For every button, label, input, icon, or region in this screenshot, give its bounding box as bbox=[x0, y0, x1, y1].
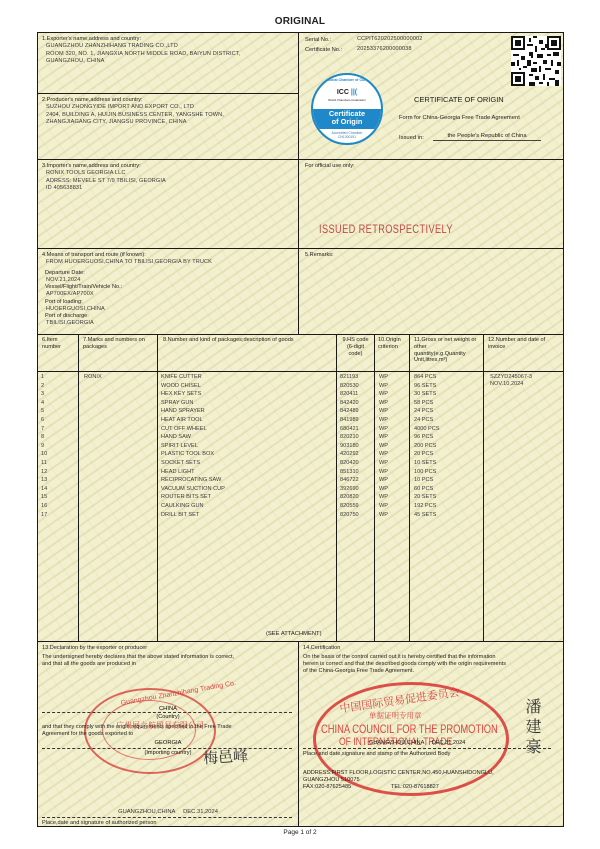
serial-value: CCPIT620202500000002 bbox=[357, 36, 422, 44]
goods-row-quantity: 4000 PCS bbox=[414, 425, 440, 434]
exporter-line-1: GUANGZHOU ZHANZHIHANG TRADING CO.,LTD bbox=[42, 43, 294, 51]
certificate-form: 1.Exporter's name,address and country: G… bbox=[37, 32, 564, 827]
header-description: 8.Number and kind of packages;descriptio… bbox=[163, 337, 331, 344]
certification-footer: Place and date,signature and stamp of th… bbox=[303, 751, 450, 758]
goods-row-hs: 820411 bbox=[340, 390, 359, 399]
declaration-country: CHINA bbox=[38, 706, 298, 712]
certificate-no-label: Certificate No.: bbox=[305, 47, 342, 54]
goods-row-origin: WP bbox=[379, 485, 388, 494]
transport-label: 4.Means of transport and route (if known… bbox=[42, 252, 294, 259]
goods-row-quantity: 100 PCS bbox=[414, 468, 440, 477]
importer-box: 3.Importer's name,address and country: R… bbox=[38, 159, 298, 248]
header-hs-code: 9.HS code (6-digit code) bbox=[340, 337, 371, 357]
goods-row-hs: 820820 bbox=[340, 493, 359, 502]
declaration-label: 13.Declaration by the exporter or produc… bbox=[42, 645, 294, 652]
goods-row-description: DRILL BIT SET bbox=[161, 511, 225, 520]
goods-row-item: 16 bbox=[41, 502, 47, 511]
loading-value: HUOERGUOSI,CHINA bbox=[42, 306, 294, 314]
header-item-number: 6.Item number bbox=[42, 337, 72, 351]
goods-row-quantity: 58 PCS bbox=[414, 399, 440, 408]
loading-label: Port of loading: bbox=[42, 299, 294, 306]
exporter-signature: 梅邑峰 bbox=[202, 744, 248, 768]
goods-row-description: CAULKING GUN bbox=[161, 502, 225, 511]
marks-value: RONIX bbox=[84, 373, 102, 382]
goods-row-origin: WP bbox=[379, 511, 388, 520]
issued-in-label: Issued in: bbox=[399, 135, 424, 141]
discharge-label: Port of discharge: bbox=[42, 313, 294, 320]
certifier-signature: 潘建豪 bbox=[521, 698, 544, 758]
icc-sub-text: World Chambers Federation bbox=[313, 98, 381, 102]
certification-label: 14.Certification bbox=[303, 645, 561, 652]
goods-row-hs: 820420 bbox=[340, 459, 359, 468]
declaration-place-date: GUANGZHOU,CHINA DEC.31,2024 bbox=[38, 809, 298, 815]
goods-row-item: 8 bbox=[41, 433, 47, 442]
goods-row-hs: 851310 bbox=[340, 468, 359, 477]
goods-col-quantity: 11.Gross or net weight or other quantity… bbox=[409, 334, 483, 641]
declaration-box: 13.Declaration by the exporter or produc… bbox=[38, 641, 298, 827]
icc-ring-text: International Chamber of Commerce bbox=[313, 78, 381, 82]
certification-box: 14.Certification On the basis of the con… bbox=[298, 641, 564, 827]
goods-row-description: HAND SAW bbox=[161, 433, 225, 442]
header-origin: 10.Origin criterion bbox=[378, 337, 406, 351]
producer-label: 2.Producer's name,address and country: bbox=[42, 97, 294, 104]
certification-fax: FAX:020-87625485 bbox=[303, 784, 351, 791]
goods-row-origin: WP bbox=[379, 382, 388, 391]
goods-row-hs: 820210 bbox=[340, 433, 359, 442]
certification-place-date: GUANGZHOU,CHINA DEC.31,2024 bbox=[369, 740, 465, 746]
goods-row-quantity: 60 PCS bbox=[414, 485, 440, 494]
declaration-signature-line bbox=[42, 817, 292, 818]
declaration-text-1: The undersigned hereby declares that the… bbox=[42, 654, 294, 661]
importing-country: GEORGIA bbox=[38, 740, 298, 746]
page-indicator: Page 1 of 2 bbox=[0, 829, 600, 836]
goods-col-invoice: 12.Number and date of invoice SZZYD24506… bbox=[483, 334, 564, 641]
discharge-value: TBILISI,GEORGIA bbox=[42, 320, 294, 328]
issued-in-value: the People's Republic of China bbox=[433, 133, 541, 141]
goods-row-hs: 846722 bbox=[340, 476, 359, 485]
goods-row-origin: WP bbox=[379, 442, 388, 451]
icc-certificate-badge: International Chamber of Commerce ICC ||… bbox=[311, 73, 383, 145]
departure-label: Departure Date: bbox=[42, 270, 294, 277]
goods-row-description: SPRAY GUN bbox=[161, 399, 225, 408]
goods-row-description: HAND SPRAYER bbox=[161, 407, 225, 416]
goods-row-hs: 392690 bbox=[340, 485, 359, 494]
exporter-line-3: GUANGZHOU, CHINA bbox=[42, 58, 294, 66]
goods-col-origin: 10.Origin criterion WPWPWPWPWPWPWPWPWPWP… bbox=[374, 334, 409, 641]
goods-row-hs: 841989 bbox=[340, 416, 359, 425]
goods-row-description: HEX KEY SETS bbox=[161, 390, 225, 399]
goods-row-origin: WP bbox=[379, 390, 388, 399]
goods-row-hs: 820559 bbox=[340, 502, 359, 511]
goods-col-description: 8.Number and kind of packages;descriptio… bbox=[157, 334, 336, 641]
certificate-no-value: 20253376200000038 bbox=[357, 46, 412, 54]
producer-line-2: 2404, BUILDING A, HUIJIN BUSINESS CENTER… bbox=[42, 112, 294, 120]
goods-row-hs: 903180 bbox=[340, 442, 359, 451]
goods-row-description: HEAT AIR TOOL bbox=[161, 416, 225, 425]
goods-col-item: 6.Item number 1234567891011121314151617 bbox=[38, 334, 78, 641]
certificate-title: CERTIFICATE OF ORIGIN bbox=[414, 95, 504, 104]
goods-row-quantity: 20 PCS bbox=[414, 450, 440, 459]
goods-row-quantity: 20 SETS bbox=[414, 493, 440, 502]
country-caption: (Country) bbox=[38, 714, 298, 720]
goods-row-quantity: 10 PCS bbox=[414, 476, 440, 485]
goods-row-hs: 680421 bbox=[340, 425, 359, 434]
goods-row-item: 11 bbox=[41, 459, 47, 468]
vessel-value: AP700EX/AP700X bbox=[42, 291, 294, 299]
goods-row-description: SPIRIT LEVEL bbox=[161, 442, 225, 451]
goods-row-origin: WP bbox=[379, 450, 388, 459]
invoice-date: NOV.10,2024 bbox=[490, 380, 523, 389]
qr-code-icon bbox=[511, 36, 561, 86]
certification-text-2: herein is correct and that the described… bbox=[303, 661, 561, 668]
goods-col-hs: 9.HS code (6-digit code) 821193820530820… bbox=[336, 334, 374, 641]
goods-row-item: 1 bbox=[41, 373, 47, 382]
goods-row-quantity: 200 PCS bbox=[414, 442, 440, 451]
exporter-line-2: ROOM 320, NO. 1, JIANGXIA NORTH MIDDLE R… bbox=[42, 51, 294, 59]
departure-value: NOV.21,2024 bbox=[42, 277, 294, 285]
goods-row-item: 3 bbox=[41, 390, 47, 399]
remarks-label: 5.Remarks: bbox=[305, 252, 559, 259]
goods-row-origin: WP bbox=[379, 433, 388, 442]
importing-country-caption: (Importing country) bbox=[38, 750, 298, 756]
exporter-box: 1.Exporter's name,address and country: G… bbox=[38, 33, 298, 93]
goods-row-description: SOCKET SETS bbox=[161, 459, 225, 468]
goods-row-item: 13 bbox=[41, 476, 47, 485]
remarks-box: 5.Remarks: bbox=[298, 248, 564, 334]
certification-text-1: On the basis of the control carried out,… bbox=[303, 654, 561, 661]
header-quantity: 11.Gross or net weight or other quantity… bbox=[414, 337, 479, 364]
importer-line-1: RONIX TOOLS GEORGIA LLC bbox=[42, 170, 294, 178]
goods-row-item: 15 bbox=[41, 493, 47, 502]
importer-label: 3.Importer's name,address and country: bbox=[42, 163, 294, 170]
declaration-footer: Place,date and signature of authorized p… bbox=[42, 820, 156, 827]
goods-row-description: VACUUM SUCTION CUP bbox=[161, 485, 225, 494]
goods-row-hs: 842420 bbox=[340, 399, 359, 408]
country-dotted-line bbox=[42, 712, 292, 713]
vessel-label: Vessel/Flight/Train/Vehicle No.: bbox=[42, 284, 294, 291]
goods-row-origin: WP bbox=[379, 425, 388, 434]
header-marks: 7.Marks and numbers on packages bbox=[83, 337, 149, 351]
goods-row-quantity: 864 PCS bbox=[414, 373, 440, 382]
certification-signature-line bbox=[303, 748, 551, 749]
goods-col-marks: 7.Marks and numbers on packages RONIX bbox=[78, 334, 157, 641]
certification-tel: TEL:020-87618827 bbox=[391, 784, 439, 791]
goods-row-quantity: 10 SETS bbox=[414, 459, 440, 468]
goods-row-item: 12 bbox=[41, 468, 47, 477]
goods-row-origin: WP bbox=[379, 373, 388, 382]
goods-row-item: 14 bbox=[41, 485, 47, 494]
ccpit-stamp-cn-2: 单据证明专用章 bbox=[369, 710, 422, 721]
importer-line-3: ID 405638831 bbox=[42, 185, 294, 193]
declaration-text-3: and that they comply with the origin req… bbox=[42, 724, 232, 731]
producer-line-3: ZHANGJIAGANG CITY, JIANGSU PROVINCE, CHI… bbox=[42, 119, 294, 127]
goods-row-quantity: 45 SETS bbox=[414, 511, 440, 520]
see-attachment-note: (SEE ATTACHMENT) bbox=[266, 631, 322, 637]
ccpit-stamp-en-1: CHINA COUNCIL FOR THE PROMOTION bbox=[321, 722, 498, 736]
declaration-text-2: and that all the goods are produced in bbox=[42, 661, 294, 668]
goods-row-quantity: 24 PCS bbox=[414, 416, 440, 425]
goods-row-item: 9 bbox=[41, 442, 47, 451]
goods-row-quantity: 96 PCS bbox=[414, 433, 440, 442]
official-use-box: For official use only: ISSUED RETROSPECT… bbox=[298, 159, 564, 248]
goods-row-origin: WP bbox=[379, 493, 388, 502]
goods-row-origin: WP bbox=[379, 459, 388, 468]
certification-text-3: of the China-Georgia Free Trade Agreemen… bbox=[303, 668, 561, 675]
icc-acronym: ICC ||( bbox=[313, 89, 381, 96]
icc-accredited: Accredited Chamber CN1300151 bbox=[313, 131, 381, 139]
document-title: ORIGINAL bbox=[0, 16, 600, 27]
goods-row-origin: WP bbox=[379, 502, 388, 511]
serial-label: Serial No.: bbox=[305, 37, 331, 44]
official-use-label: For official use only: bbox=[305, 163, 559, 170]
goods-row-origin: WP bbox=[379, 407, 388, 416]
goods-row-hs: 821193 bbox=[340, 373, 359, 382]
importer-line-2: ADRESS: MEVELE ST 7/9 TBILISI, GEORGIA bbox=[42, 178, 294, 186]
goods-row-origin: WP bbox=[379, 416, 388, 425]
goods-row-origin: WP bbox=[379, 476, 388, 485]
goods-row-quantity: 24 PCS bbox=[414, 407, 440, 416]
goods-row-item: 5 bbox=[41, 407, 47, 416]
goods-row-item: 2 bbox=[41, 382, 47, 391]
declaration-text-4: Agreement for the goods exported to bbox=[42, 731, 133, 738]
goods-row-description: KNIFE CUTTER bbox=[161, 373, 225, 382]
producer-line-1: SUZHOU ZHONGYIDE IMPORT AND EXPORT CO., … bbox=[42, 104, 294, 112]
form-for-text: Form for China-Georgia Free Trade Agreem… bbox=[399, 115, 520, 121]
goods-row-item: 17 bbox=[41, 511, 47, 520]
importing-country-dotted-line bbox=[42, 748, 292, 749]
goods-row-item: 4 bbox=[41, 399, 47, 408]
goods-row-quantity: 30 SETS bbox=[414, 390, 440, 399]
goods-row-description: WOOD CHISEL bbox=[161, 382, 225, 391]
goods-row-description: CUT OFF WHEEL bbox=[161, 425, 225, 434]
transport-route: FROM HUOERGUOSI,CHINA TO TBILISI,GEORGIA… bbox=[42, 259, 294, 267]
goods-row-item: 10 bbox=[41, 450, 47, 459]
goods-header-rule bbox=[38, 371, 564, 372]
exporter-label: 1.Exporter's name,address and country: bbox=[42, 36, 294, 43]
icc-band: Certificate of Origin bbox=[313, 109, 381, 129]
goods-row-description: HEAD LIGHT bbox=[161, 468, 225, 477]
goods-row-description: PLASTIC TOOL BOX bbox=[161, 450, 225, 459]
goods-row-quantity: 96 SETS bbox=[414, 382, 440, 391]
goods-row-item: 6 bbox=[41, 416, 47, 425]
goods-row-description: ROUTER BITS SET bbox=[161, 493, 225, 502]
goods-row-origin: WP bbox=[379, 468, 388, 477]
goods-row-quantity: 192 PCS bbox=[414, 502, 440, 511]
transport-box: 4.Means of transport and route (if known… bbox=[38, 248, 298, 334]
producer-box: 2.Producer's name,address and country: S… bbox=[38, 93, 298, 159]
certificate-header-box: Serial No.: CCPIT620202500000002 Certifi… bbox=[298, 33, 564, 159]
goods-row-hs: 842489 bbox=[340, 407, 359, 416]
goods-row-description: RECIPROCATING SAW bbox=[161, 476, 225, 485]
certification-address: ADDRESS:FIRST FLOOR,LOGISTIC CENTER,NO.4… bbox=[303, 770, 494, 777]
goods-row-origin: WP bbox=[379, 399, 388, 408]
certification-city: GUANGZHOU 510075 bbox=[303, 777, 360, 784]
goods-row-hs: 420292 bbox=[340, 450, 359, 459]
issued-retrospectively-stamp: ISSUED RETROSPECTIVELY bbox=[319, 224, 453, 236]
header-invoice: 12.Number and date of invoice bbox=[488, 337, 548, 351]
goods-row-hs: 820750 bbox=[340, 511, 359, 520]
goods-row-item: 7 bbox=[41, 425, 47, 434]
goods-row-hs: 820530 bbox=[340, 382, 359, 391]
